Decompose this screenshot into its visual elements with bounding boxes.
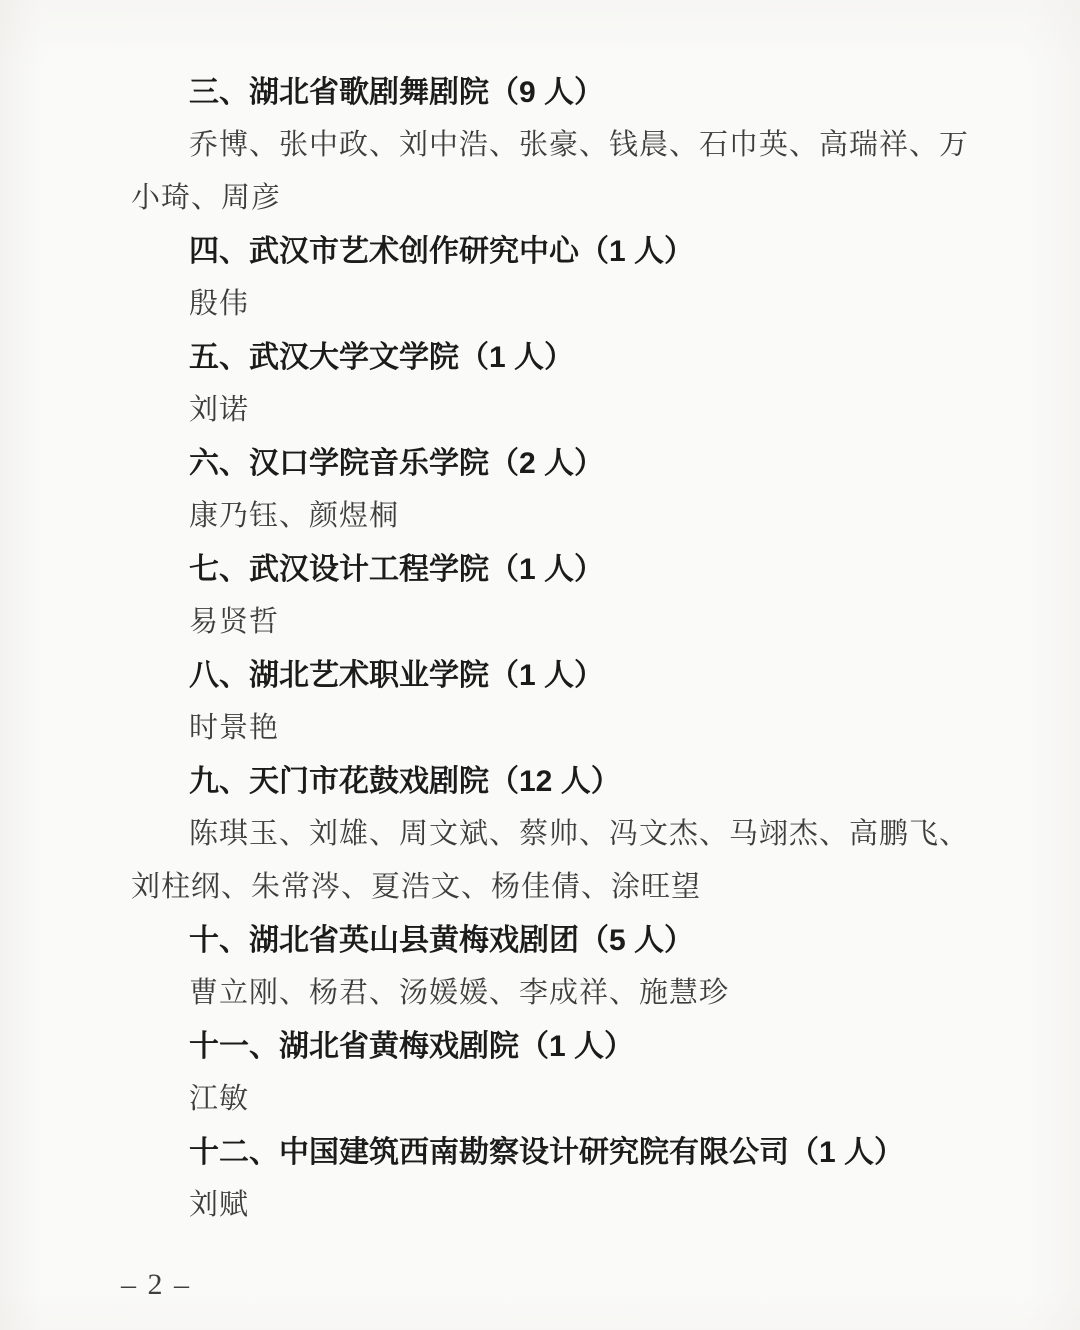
- roster-document: 三、湖北省歌剧舞剧院（9 人） 乔博、张中政、刘中浩、张豪、钱晨、石巾英、高瑞祥…: [131, 66, 977, 1232]
- section-names-list: 刘赋: [131, 1179, 977, 1232]
- section-names-list: 刘诺: [131, 384, 977, 437]
- section-heading: 九、天门市花鼓戏剧院（12 人）: [131, 755, 977, 808]
- section-heading: 六、汉口学院音乐学院（2 人）: [131, 437, 977, 490]
- section-names-list: 乔博、张中政、刘中浩、张豪、钱晨、石巾英、高瑞祥、万小琦、周彦: [131, 119, 977, 225]
- section-names-list: 陈琪玉、刘雄、周文斌、蔡帅、冯文杰、马翊杰、高鹏飞、刘柱纲、朱常涔、夏浩文、杨佳…: [131, 808, 977, 914]
- section-heading: 十二、中国建筑西南勘察设计研究院有限公司（1 人）: [131, 1126, 977, 1179]
- page-number: – 2 –: [121, 1268, 191, 1302]
- section-heading: 七、武汉设计工程学院（1 人）: [131, 543, 977, 596]
- section-names-list: 殷伟: [131, 278, 977, 331]
- section-names-list: 易贤哲: [131, 596, 977, 649]
- section-names-list: 曹立刚、杨君、汤媛媛、李成祥、施慧珍: [131, 967, 977, 1020]
- section-heading: 三、湖北省歌剧舞剧院（9 人）: [131, 66, 977, 119]
- section-names-list: 康乃钰、颜煜桐: [131, 490, 977, 543]
- section-heading: 十、湖北省英山县黄梅戏剧团（5 人）: [131, 914, 977, 967]
- section-heading: 五、武汉大学文学院（1 人）: [131, 331, 977, 384]
- scanned-document-page: { "page": { "number_label": "– 2 –" }, "…: [0, 0, 1080, 1330]
- section-heading: 四、武汉市艺术创作研究中心（1 人）: [131, 225, 977, 278]
- section-names-list: 江敏: [131, 1073, 977, 1126]
- section-names-list: 时景艳: [131, 702, 977, 755]
- section-heading: 十一、湖北省黄梅戏剧院（1 人）: [131, 1020, 977, 1073]
- section-heading: 八、湖北艺术职业学院（1 人）: [131, 649, 977, 702]
